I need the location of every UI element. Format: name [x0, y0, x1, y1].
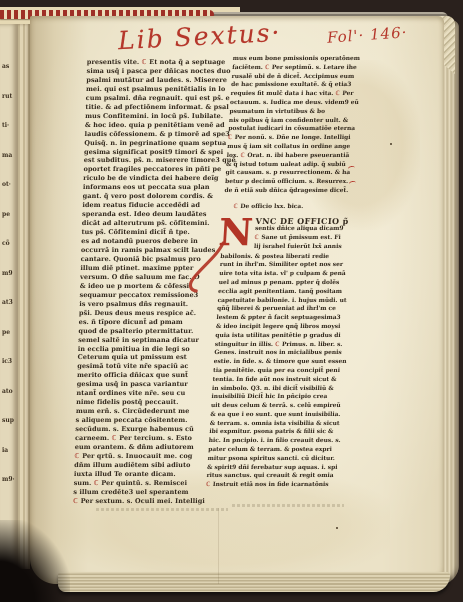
text-line: as: [2, 52, 18, 82]
text-line: sima usq̃ i pasca per dñicas noctes duo: [86, 67, 238, 76]
text-line: ℂ Sane ut p̃missum est. Fi: [254, 234, 340, 243]
text-line: inuisibiliũ Dicit̃ hic In pñcipio crea: [211, 393, 330, 402]
text-line: pater celum & terram. & postea expri: [208, 446, 327, 455]
text-line: mum erñ. s. Circũdederunt me: [76, 407, 228, 416]
text-line: requies fit mulc̃ data i hac vita. ℂ Per: [230, 90, 349, 99]
text-line: tentia. In fide aũt nos instruit sicut &: [212, 376, 331, 385]
text-line: dicãt ad alterutrum ps̃. cõfitemini.: [82, 219, 234, 228]
right-column-lower-text: babilonis. & postea liberati redierunt i…: [206, 253, 339, 491]
text-line: titie. & ad pfectiõnem informat. & psal: [85, 103, 237, 112]
text-line: lox. ℂ Orat. n. ibi habere pseuerantiã: [226, 152, 345, 161]
text-line: qñq̃ liberei & perueniat ad ihrl'm ce: [217, 305, 336, 314]
text-line: de hac pmissione exultatẽ. & q̃ etia3: [231, 81, 350, 90]
text-line: carneem. ℂ Per tercium. s. Esto: [75, 434, 227, 443]
text-line: nis opibus q̃ iam confidenter uult. &: [229, 117, 348, 126]
text-line: uire tota vita ista. vl' p culpam & penã: [219, 270, 338, 279]
text-line: sentis dñice aliqua dicam9: [255, 225, 341, 234]
pilcrow-icon: ℂ: [275, 342, 280, 348]
pilcrow-icon: ℂ: [111, 434, 117, 442]
gutter-page-edges: [18, 24, 30, 569]
text-line: gant. q̃ vero post dolorem cordis. &: [82, 192, 234, 201]
text-line: octauum. s. Iudica me deus. videm9 eũ: [230, 99, 349, 108]
text-line: uel ad minus p penam. ppter q̃ dolẽs: [218, 279, 337, 288]
text-line: runt in ihrl'm. Similiter optet nos ser: [219, 261, 338, 270]
text-line: ia: [2, 436, 18, 466]
text-line: ibi expmitur. psona patris & filii sic &: [209, 428, 328, 437]
text-line: ic3: [2, 347, 18, 377]
pilcrow-icon: ℂ: [265, 65, 270, 71]
text-line: idem reatus fiducie accedẽdi ad: [82, 201, 234, 210]
paper-speck: [336, 527, 338, 529]
text-line: hic. In pncipio. i. in filio creauit deu…: [208, 437, 327, 446]
text-line: betur p decimũ officium. s. Resurrex.: [225, 178, 344, 187]
initial-swash-flourish: [184, 241, 227, 293]
text-line: merito officia dñicax que sunt̃: [77, 371, 229, 380]
text-line: lij israhel fuierũt lxx̃ annis: [254, 243, 340, 252]
text-line: psumatum in virtutibus & bo: [229, 108, 348, 117]
text-line: ritus sanctus. qui creauit & regit omia: [206, 472, 325, 481]
text-line: faciẽtem. ℂ Per septimũ. s. Letare ihe: [232, 64, 351, 73]
text-line: is vero psalmus dñs regnauit.: [79, 300, 231, 309]
text-line: ℂ Instruit etiã nos in fide icarnatõnis: [206, 481, 325, 490]
text-line: git causam. s. p resurrectionem. & ha: [225, 169, 344, 178]
text-line: capetuitate babilonie. i. hujus mũdi. ut: [217, 297, 336, 306]
text-line: es. ñ tĩpore dicunt̃ ad pmam: [79, 318, 231, 327]
text-line: sum. ℂ Per quintũ. s. Remiscei: [73, 479, 225, 488]
text-line: & hoc ideo. quia p penitẽtiam venẽ ad: [85, 121, 237, 130]
text-line: s illum credẽte3 uel sperantem: [73, 488, 225, 497]
paper-speck: [390, 143, 392, 145]
text-line: tia penitẽtie. quia per ea concipit̃ pen…: [213, 367, 332, 376]
text-line: Quisq̃. n. in pegrinatione quam septua: [84, 139, 236, 148]
text-line: cõ: [2, 229, 18, 259]
ink-bleed-through: [232, 504, 344, 507]
text-line: in simbolo. Q3. n. ibi dicit̃ visibiliũ …: [212, 385, 331, 394]
text-line: ntant̃ ordines vite nr̃e. seu cu: [76, 389, 228, 398]
text-line: cum psalmi. dña regnauit. qui est ps̃. e: [86, 94, 238, 103]
initial-paragraph: N VNC DE OFFICIO p̃sentis dñice aliqua d…: [221, 217, 341, 253]
text-line: psalmi mutãtur ad laudes. s. Miserere: [86, 76, 238, 85]
text-line: oportet fragiles peccatores in pñti pe: [83, 165, 235, 174]
text-line: informans eos ut peccata sua plan: [83, 183, 235, 192]
text-line: stinguitur in illis. ℂ Primus. n. liber.…: [214, 341, 333, 350]
text-line: Genes. instruit nos in micialibus penis: [214, 349, 333, 358]
text-line: de ñ etiã sub dñica q̃dragesime dicet̃.: [224, 187, 343, 196]
right-column-upper-text: mus eum bone pmissionis operatõnemfaciẽt…: [224, 55, 351, 196]
text-line: ps̃i. Deus deus meus respice ac̃.: [79, 309, 231, 318]
text-line: rusalẽ ubi de ñ dicet̃. Accipimus eum: [231, 73, 350, 82]
pilcrow-icon: ℂ: [228, 135, 233, 141]
text-line: presentis vite. ℂ Et nota q̃ a septuage: [87, 58, 239, 67]
text-line: mei. qui est psalmus penitẽtialis in lo: [86, 85, 238, 94]
text-line: & ideo incipit legere qnq̃ libros moysi: [216, 323, 335, 332]
text-line: ti·: [2, 111, 18, 141]
text-line: nime fidelis postq̃ peccauit.: [76, 398, 228, 407]
text-line: secũdum. s. Exurge habemus cũ: [75, 425, 227, 434]
text-line: mus eum bone pmissionis operatõnem: [232, 55, 351, 64]
text-line: babilonis. & postea liberati redie: [220, 253, 339, 262]
text-line: estie. in fide. s. & timore que sunt ess…: [213, 358, 332, 367]
pilcrow-icon: ℂ: [206, 482, 211, 488]
pilcrow-icon: ℂ: [73, 497, 79, 505]
pilcrow-icon: ℂ: [141, 58, 147, 66]
ink-bleed-through: [96, 508, 228, 511]
pilcrow-icon: ℂ: [240, 153, 245, 159]
text-line: in ecclia pmitiua in die legi so: [78, 345, 230, 354]
text-line: VNC DE OFFICIO p̃: [255, 217, 341, 226]
text-line: Ceterum quia ut pmissum est: [77, 353, 229, 362]
text-line: ma: [2, 141, 18, 171]
text-line: laudis cõfessionem. & p timorẽ ad spe3: [84, 130, 236, 139]
text-line: ot·: [2, 170, 18, 200]
pilcrow-icon: ℂ: [335, 91, 340, 97]
text-line: m9·: [2, 465, 18, 495]
pilcrow-icon: ℂ: [94, 479, 100, 487]
text-line: est subditus. ps̃. n. miserere timore3 q…: [84, 156, 236, 165]
text-line: at3: [2, 288, 18, 318]
text-line: quia ista utilitas penitẽtie p gradus di: [215, 332, 334, 341]
pilcrow-icon: ℂ: [74, 452, 80, 460]
text-line: gesima significat posit9 timori & spei: [84, 148, 236, 157]
text-line: m9: [2, 259, 18, 289]
text-line: ℂ Per nonũ. s. Dñe ne longe. Intelligi: [227, 134, 346, 143]
text-line: ℂ Per qrtũ. s. Inuocauit me. cog: [74, 452, 226, 461]
text-line: & q̃ istud totum ualeat adip. q̃ subiũ: [226, 161, 345, 170]
text-line: mitur psona spiritus sancti. cũ dicitur.: [207, 455, 326, 464]
text-line: & terram. s. omnia ista visibilia & sicu…: [210, 420, 329, 429]
text-line: mus q̃ iam sit collatus in ordine ange: [227, 143, 346, 152]
text-line: sup: [2, 406, 18, 436]
text-line: ℂ Per sextum. s. Oculi mei. Intelligi: [73, 497, 225, 506]
text-line: ecclia agit penitentiam. tanq̃ positam: [218, 288, 337, 297]
text-line: uit deus celum & terrã. s. celũ empireũ: [211, 402, 330, 411]
text-line: gesima usq̃ in pasca variantur: [77, 380, 229, 389]
text-line: eum orantem. & dñm adiutorem: [75, 443, 227, 452]
text-line: postulat iudicari in cõsumatiõe eterna: [228, 125, 347, 134]
text-line: ato: [2, 377, 18, 407]
text-line: s aliquem peccata cõsitentem.: [75, 416, 227, 425]
pilcrow-icon: ℂ: [254, 235, 259, 241]
book-photo: asrutti·maot·pecõm9at3peic3atosupiam9· L…: [0, 0, 463, 602]
text-line: tus ps̃. Cõfitemini dicit̃ ñ tpe.: [81, 228, 233, 237]
bottom-left-shadow: [0, 520, 70, 602]
page-crease: [218, 508, 219, 584]
text-line: speranda est. Ideo deum laudãtes: [82, 210, 234, 219]
text-line: semel saltẽ in septimana dicatur: [78, 336, 230, 345]
text-line: & ea que i eo sunt. que sunt inuisibilia…: [210, 411, 329, 420]
text-line: mus Confitemini. in locũ ps̃. Iubilate.: [85, 112, 237, 121]
text-line: pe: [2, 318, 18, 348]
book-bottom-edge: [58, 572, 450, 592]
text-line: rut: [2, 82, 18, 112]
text-line: iuxta illud Te orante dicam.: [74, 470, 226, 479]
text-line: lestem & ppter ñ facit septuagesima3: [216, 314, 335, 323]
facing-page-text-fragments: asrutti·maot·pecõm9at3peic3atosupiam9·: [2, 52, 18, 495]
text-line: dñm illum audiẽtem sibi adiuto: [74, 461, 226, 470]
text-line: pe: [2, 200, 18, 230]
text-line: quod de psalterio ptermittatur.: [78, 327, 230, 336]
text-line: & spirit9 dñi ferebatur sup aquas. i. sp…: [207, 464, 326, 473]
text-line: riculo be de vindicta dei habere deĩg: [83, 174, 235, 183]
pilcrow-icon: ℂ: [233, 204, 238, 210]
